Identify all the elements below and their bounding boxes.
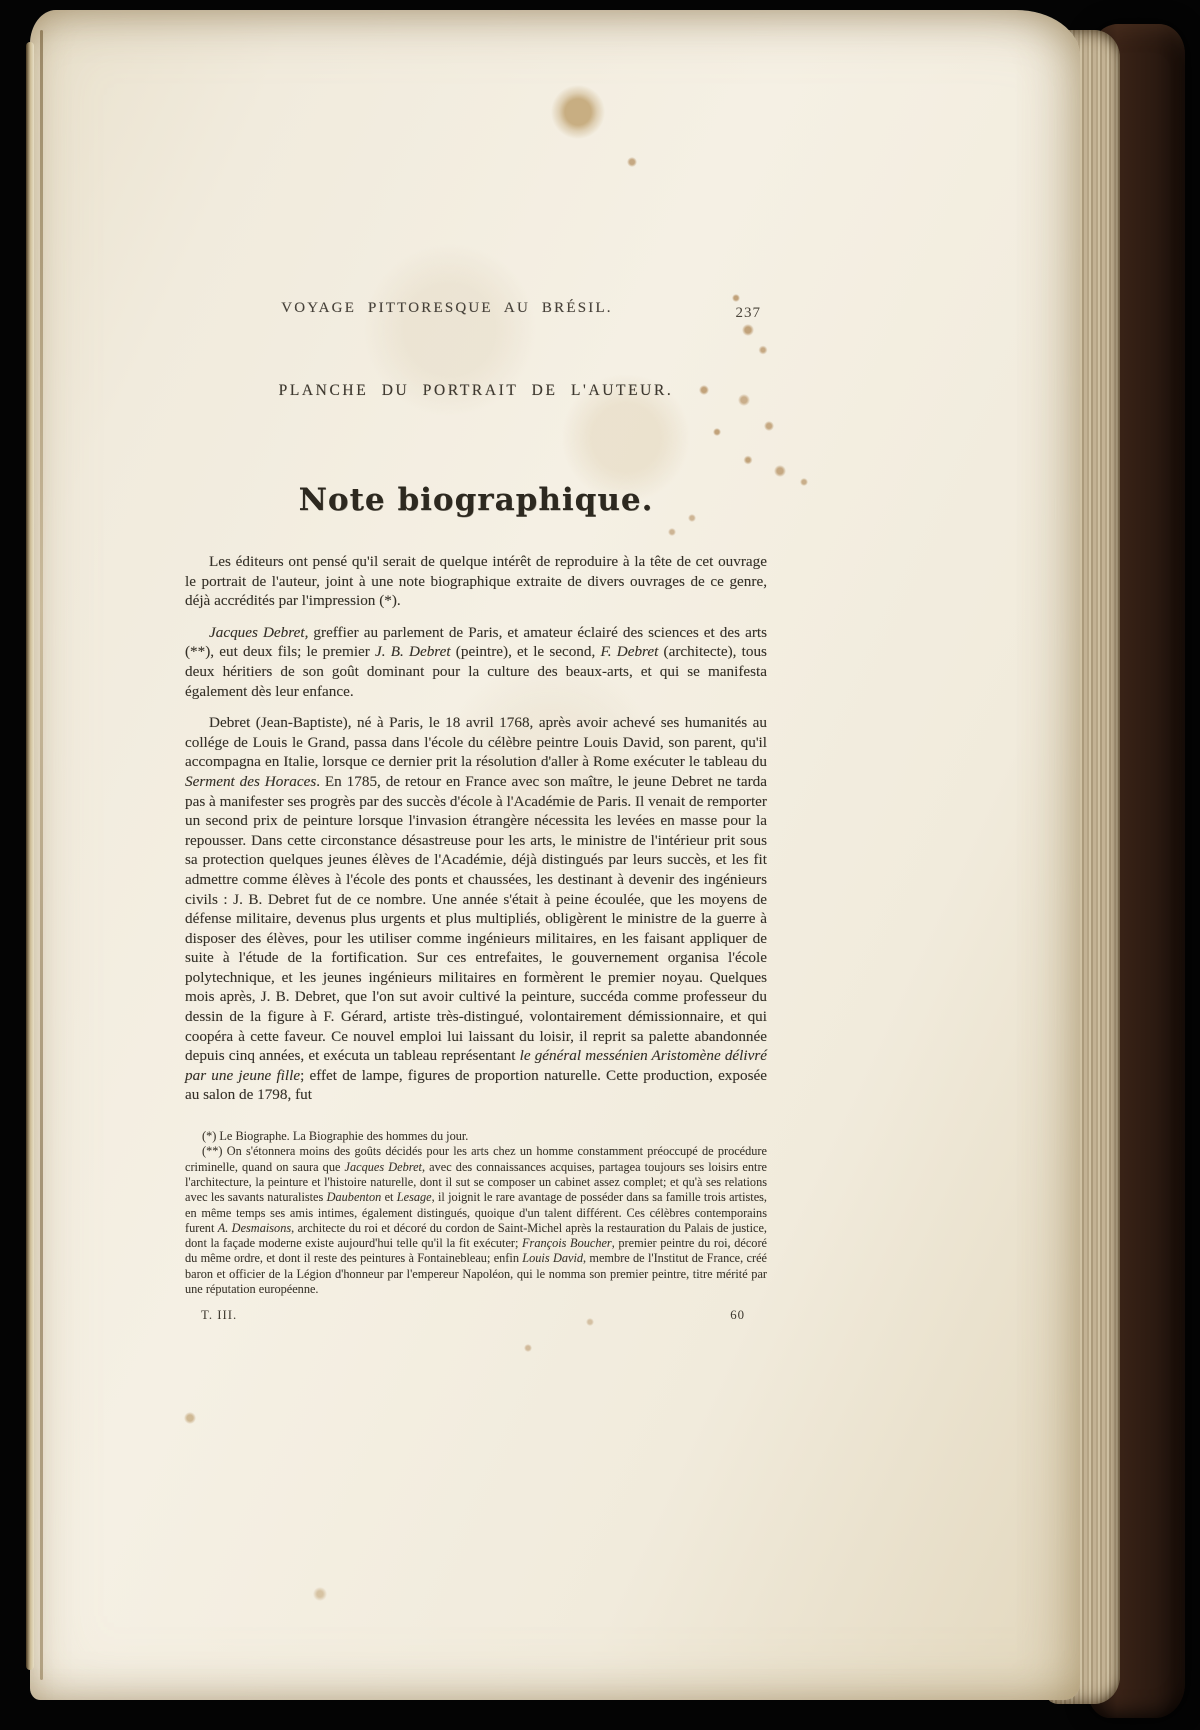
note-title: Note biographique. [185, 482, 767, 518]
book-page: VOYAGE PITTORESQUE AU BRÉSIL. 237 PLANCH… [30, 10, 1080, 1700]
running-title: VOYAGE PITTORESQUE AU BRÉSIL. [185, 300, 709, 317]
gutter-crease [40, 30, 43, 1680]
signature-mark: 60 [730, 1308, 745, 1323]
footnotes: (*) Le Biographe. La Biographie des homm… [185, 1129, 767, 1297]
gutter-page-edge [26, 42, 34, 1670]
footnote: (*) Le Biographe. La Biographie des homm… [185, 1129, 767, 1144]
photo-background: { "colors":{ "background":"#040404", "pa… [0, 0, 1200, 1730]
page-number: 237 [736, 305, 762, 322]
paragraph: Debret (Jean-Baptiste), né à Paris, le 1… [185, 713, 767, 1105]
text-column: VOYAGE PITTORESQUE AU BRÉSIL. 237 PLANCH… [185, 300, 767, 1323]
section-heading: PLANCHE DU PORTRAIT DE L'AUTEUR. [185, 382, 767, 400]
page-header: VOYAGE PITTORESQUE AU BRÉSIL. 237 [185, 300, 767, 320]
paragraph: Les éditeurs ont pensé qu'il serait de q… [185, 552, 767, 611]
footnote: (**) On s'étonnera moins des goûts décid… [185, 1144, 767, 1297]
volume-mark: T. III. [201, 1308, 237, 1323]
paragraph: Jacques Debret, greffier au parlement de… [185, 623, 767, 701]
body-paragraphs: Les éditeurs ont pensé qu'il serait de q… [185, 552, 767, 1105]
page-footer: T. III. 60 [185, 1308, 767, 1323]
